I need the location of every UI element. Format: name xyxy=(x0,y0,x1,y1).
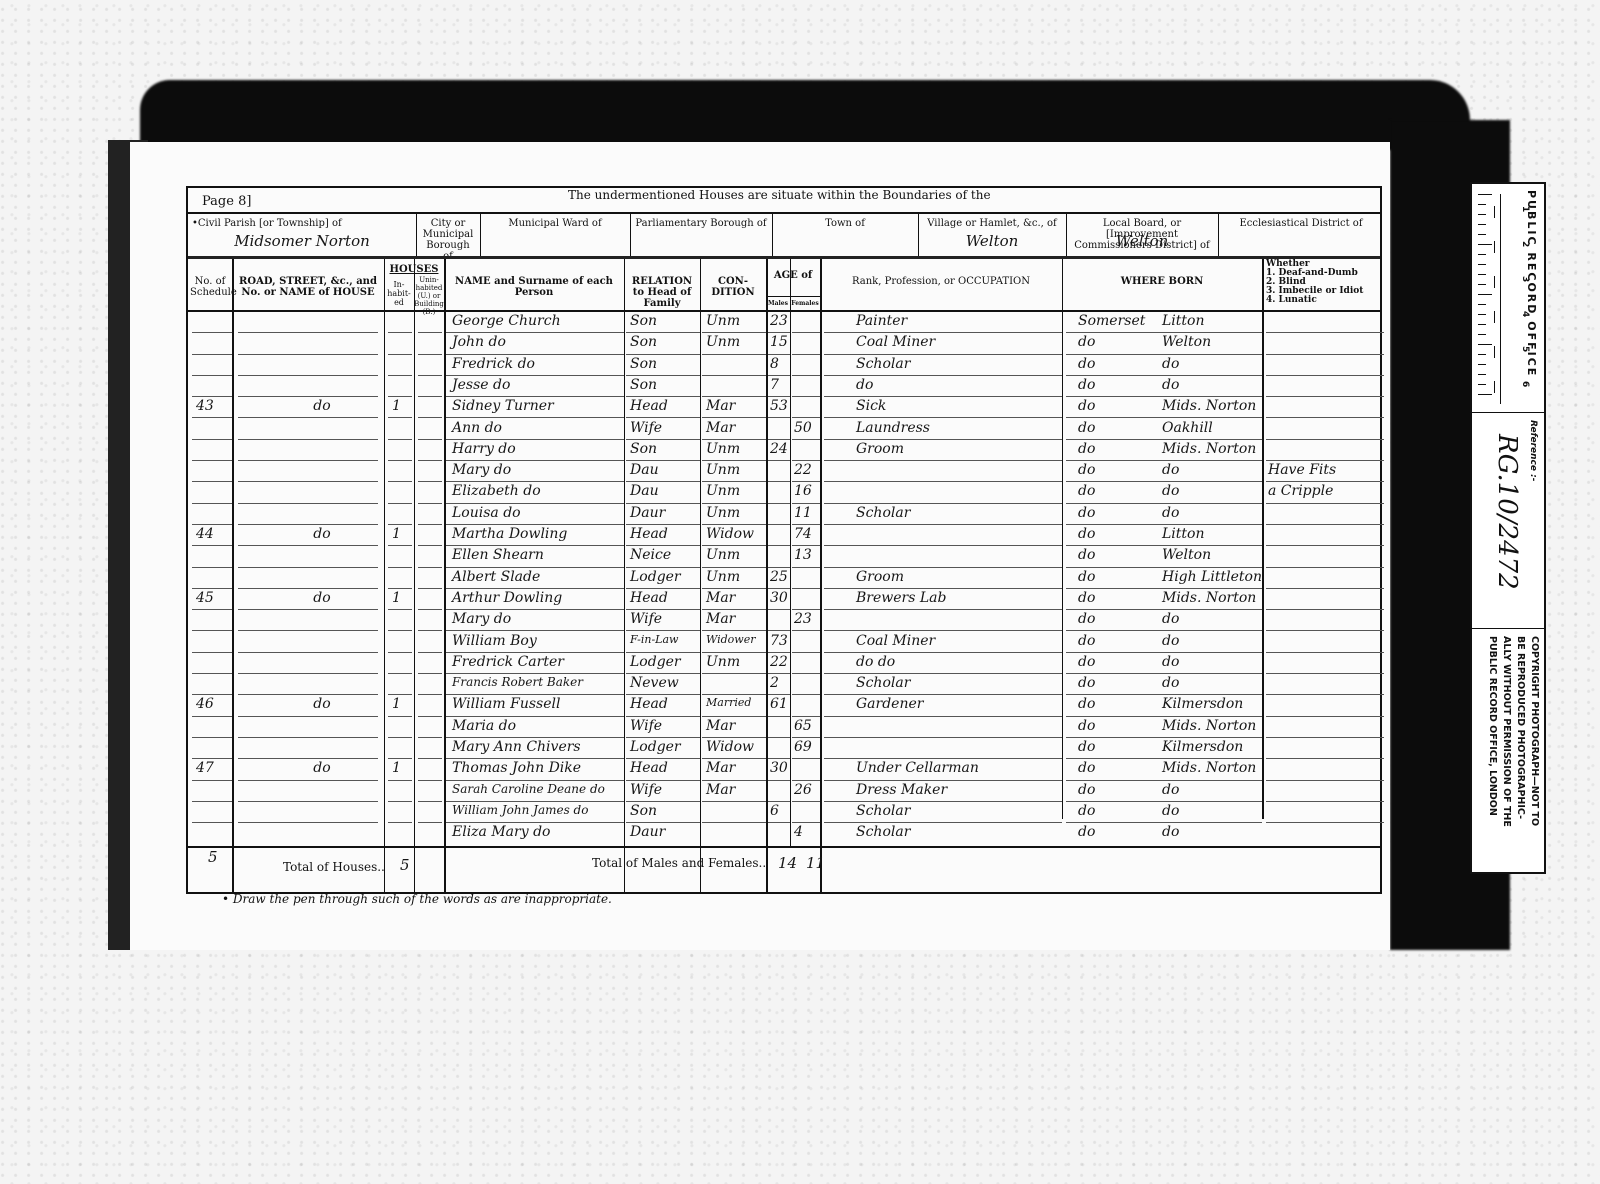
cell-name: Albert Slade xyxy=(452,569,632,585)
stamp-reference-label: Reference :- xyxy=(1528,420,1538,481)
cell-name: Francis Robert Baker xyxy=(452,675,632,689)
scale-tick xyxy=(1478,394,1492,395)
cell-male-age: 6 xyxy=(770,803,792,819)
cell-born-county: do xyxy=(1078,483,1138,499)
cell-occupation: Sick xyxy=(856,398,1056,414)
table-row: Fredrick doSon8Scholardodo xyxy=(188,355,1384,376)
table-row: Mary doDauUnm22dodoHave Fits xyxy=(188,461,1384,482)
cell-male-age: 53 xyxy=(770,398,792,414)
cell-schedule: 44 xyxy=(196,526,232,542)
cell-male-age: 73 xyxy=(770,633,792,649)
cell-condition: Mar xyxy=(706,782,772,798)
cell-born-place: Mids. Norton xyxy=(1162,441,1262,457)
col-condition: CON-DITION xyxy=(702,276,764,298)
cell-relation: Daur xyxy=(630,824,706,840)
cell-name: Thomas John Dike xyxy=(452,760,632,776)
cell-born-place: Oakhill xyxy=(1162,420,1262,436)
col-males: Males xyxy=(766,298,790,309)
age-divider xyxy=(766,296,820,297)
cell-name: William Fussell xyxy=(452,696,632,712)
scale-tick xyxy=(1478,364,1486,365)
cell-born-place: do xyxy=(1162,654,1262,670)
scale-tick xyxy=(1478,304,1486,305)
cell-road: do xyxy=(272,696,372,712)
cell-born-place: High Littleton xyxy=(1162,569,1262,585)
table-row: 45do1Arthur DowlingHeadMar30Brewers Labd… xyxy=(188,589,1384,610)
cell-occupation: Gardener xyxy=(856,696,1056,712)
cell-born-place: do xyxy=(1162,675,1262,691)
cell-born-place: do xyxy=(1162,824,1262,840)
cell-schedule: 43 xyxy=(196,398,232,414)
col-occupation: Rank, Profession, or OCCUPATION xyxy=(822,276,1060,287)
cell-occupation: Scholar xyxy=(856,824,1056,840)
cell-relation: Neice xyxy=(630,547,706,563)
cell-relation: Daur xyxy=(630,505,706,521)
boundary-value: Welton xyxy=(1066,232,1218,250)
cell-name: Ellen Shearn xyxy=(452,547,632,563)
cell-male-age: 22 xyxy=(770,654,792,670)
cell-male-age: 2 xyxy=(770,675,792,691)
table-row: William BoyF-in-LawWidower73Coal Minerdo… xyxy=(188,632,1384,653)
cell-condition: Mar xyxy=(706,611,772,627)
cell-born-county: do xyxy=(1078,803,1138,819)
cell-born-county: do xyxy=(1078,782,1138,798)
cell-born-county: do xyxy=(1078,654,1138,670)
scale-number: 4 xyxy=(1494,311,1530,323)
col-inhabited: In-habit-ed xyxy=(384,280,414,307)
cell-name: Mary do xyxy=(452,611,632,627)
total-schedules: 5 xyxy=(208,848,218,866)
cell-born-place: Mids. Norton xyxy=(1162,718,1262,734)
cell-occupation: Coal Miner xyxy=(856,633,1056,649)
cell-relation: F-in-Law xyxy=(630,633,706,646)
cell-name: William John James do xyxy=(452,803,632,817)
cell-road: do xyxy=(272,760,372,776)
total-females: 11 xyxy=(806,854,825,872)
scale-tick xyxy=(1478,214,1486,215)
scale-tick xyxy=(1478,324,1486,325)
cell-name: Elizabeth do xyxy=(452,483,632,499)
cell-born-place: Kilmersdon xyxy=(1162,739,1262,755)
cell-condition: Mar xyxy=(706,760,772,776)
cell-male-age: 8 xyxy=(770,356,792,372)
cell-female-age: 26 xyxy=(794,782,820,798)
scale-tick xyxy=(1478,244,1492,245)
cell-female-age: 23 xyxy=(794,611,820,627)
cell-condition: Unm xyxy=(706,547,772,563)
cell-condition: Mar xyxy=(706,718,772,734)
cell-born-county: do xyxy=(1078,824,1138,840)
scale-tick xyxy=(1478,354,1486,355)
cell-relation: Son xyxy=(630,334,706,350)
boundary-label: Town of xyxy=(776,218,914,229)
cell-relation: Wife xyxy=(630,611,706,627)
cell-schedule: 46 xyxy=(196,696,232,712)
boundary-divider xyxy=(480,214,481,256)
cell-born-place: Mids. Norton xyxy=(1162,760,1262,776)
cell-born-county: do xyxy=(1078,462,1138,478)
cell-name: Sarah Caroline Deane do xyxy=(452,782,632,796)
table-row: 47do1Thomas John DikeHeadMar30Under Cell… xyxy=(188,759,1384,780)
scale-number: 2 xyxy=(1494,241,1530,253)
cell-name: Martha Dowling xyxy=(452,526,632,542)
cell-occupation: Scholar xyxy=(856,356,1056,372)
cell-female-age: 65 xyxy=(794,718,820,734)
copyright-line: PUBLIC RECORD OFFICE, LONDON xyxy=(1487,636,1498,816)
cell-occupation: do do xyxy=(856,654,1056,670)
cell-born-place: Mids. Norton xyxy=(1162,398,1262,414)
boundary-label: Parliamentary Borough of xyxy=(634,218,768,229)
cell-born-place: do xyxy=(1162,483,1262,499)
cell-inhabited: 1 xyxy=(392,398,412,414)
table-row: Ellen ShearnNeiceUnm13doWelton xyxy=(188,546,1384,567)
cell-name: Jesse do xyxy=(452,377,632,393)
record-office-stamp: PUBLIC RECORD OFFICE 123456 Reference :-… xyxy=(1470,182,1546,874)
col-females: Females xyxy=(790,298,820,309)
cell-relation: Head xyxy=(630,696,706,712)
cell-relation: Head xyxy=(630,398,706,414)
census-form: Page 8] The undermentioned Houses are si… xyxy=(186,186,1382,894)
boundary-label: Municipal Ward of xyxy=(484,218,626,229)
scale-tick xyxy=(1478,234,1486,235)
cell-name: Mary Ann Chivers xyxy=(452,739,632,755)
table-row: Louisa doDaurUnm11Scholardodo xyxy=(188,504,1384,525)
cell-male-age: 30 xyxy=(770,590,792,606)
cell-condition: Widow xyxy=(706,526,772,542)
footnote: • Draw the pen through such of the words… xyxy=(222,892,612,906)
cell-born-county: do xyxy=(1078,356,1138,372)
cell-name: Eliza Mary do xyxy=(452,824,632,840)
cell-inhabited: 1 xyxy=(392,526,412,542)
cell-relation: Wife xyxy=(630,718,706,734)
cell-born-county: Somerset xyxy=(1078,313,1138,329)
cell-occupation: Brewers Lab xyxy=(856,590,1056,606)
cell-name: George Church xyxy=(452,313,632,329)
cell-born-place: do xyxy=(1162,462,1262,478)
cell-female-age: 13 xyxy=(794,547,820,563)
col-name: NAME and Surname of each Person xyxy=(446,276,622,298)
cell-born-place: do xyxy=(1162,803,1262,819)
cell-name: Harry do xyxy=(452,441,632,457)
cell-relation: Son xyxy=(630,377,706,393)
cell-born-place: Welton xyxy=(1162,334,1262,350)
cell-born-place: do xyxy=(1162,782,1262,798)
cell-condition: Unm xyxy=(706,441,772,457)
stamp-scale: 123456 xyxy=(1478,194,1518,404)
page-number: 8] xyxy=(238,194,251,209)
cell-schedule: 47 xyxy=(196,760,232,776)
cell-female-age: 50 xyxy=(794,420,820,436)
cell-relation: Son xyxy=(630,803,706,819)
cell-condition: Mar xyxy=(706,590,772,606)
cell-occupation: Dress Maker xyxy=(856,782,1056,798)
cell-born-county: do xyxy=(1078,377,1138,393)
boundary-label: •Civil Parish [or Township] of xyxy=(192,218,412,229)
cell-female-age: 69 xyxy=(794,739,820,755)
scale-tick xyxy=(1478,194,1492,195)
table-row: Ann doWifeMar50LaundressdoOakhill xyxy=(188,419,1384,440)
total-persons-label: Total of Males and Females.. xyxy=(592,856,766,870)
table-row: Mary doWifeMar23dodo xyxy=(188,610,1384,631)
scale-divider xyxy=(1500,194,1501,404)
table-row: Sarah Caroline Deane doWifeMar26Dress Ma… xyxy=(188,781,1384,802)
scale-tick xyxy=(1478,204,1486,205)
total-males: 14 xyxy=(778,854,797,872)
cell-occupation: Laundress xyxy=(856,420,1056,436)
page-label: Page 8] xyxy=(202,194,251,209)
col-road: ROAD, STREET, &c., and No. or NAME of HO… xyxy=(234,276,382,298)
cell-relation: Lodger xyxy=(630,739,706,755)
cell-road: do xyxy=(272,590,372,606)
cell-name: Mary do xyxy=(452,462,632,478)
cell-occupation: Scholar xyxy=(856,505,1056,521)
scale-tick xyxy=(1478,344,1492,345)
col-where-born: WHERE BORN xyxy=(1064,276,1260,287)
cell-born-place: Kilmersdon xyxy=(1162,696,1262,712)
scale-tick xyxy=(1478,224,1486,225)
cell-occupation: Coal Miner xyxy=(856,334,1056,350)
cell-born-county: do xyxy=(1078,696,1138,712)
cell-infirmity: a Cripple xyxy=(1268,483,1378,499)
table-row: Mary Ann ChiversLodgerWidow69doKilmersdo… xyxy=(188,738,1384,759)
scale-tick xyxy=(1478,334,1486,335)
copyright-line: BE REPRODUCED PHOTOGRAPHIC- xyxy=(1515,636,1526,819)
cell-relation: Head xyxy=(630,590,706,606)
table-row: Eliza Mary doDaur4Scholardodo xyxy=(188,823,1384,844)
cell-born-place: Mids. Norton xyxy=(1162,590,1262,606)
boundary-divider xyxy=(630,214,631,256)
cell-male-age: 23 xyxy=(770,313,792,329)
copyright-line: ALLY WITHOUT PERMISSION OF THE xyxy=(1501,636,1512,827)
cell-condition: Unm xyxy=(706,569,772,585)
boundary-value: Welton xyxy=(918,232,1066,250)
table-row: George ChurchSonUnm23PainterSomersetLitt… xyxy=(188,312,1384,333)
cell-inhabited: 1 xyxy=(392,696,412,712)
cell-born-place: do xyxy=(1162,633,1262,649)
cell-relation: Wife xyxy=(630,420,706,436)
copyright-line: COPYRIGHT PHOTOGRAPH—NOT TO xyxy=(1529,636,1540,826)
cell-relation: Lodger xyxy=(630,569,706,585)
cell-born-county: do xyxy=(1078,441,1138,457)
cell-born-county: do xyxy=(1078,760,1138,776)
scale-tick xyxy=(1478,374,1486,375)
cell-occupation: do xyxy=(856,377,1056,393)
page-label-text: Page xyxy=(202,194,234,209)
boundary-label: Village or Hamlet, &c., of xyxy=(922,218,1062,229)
cell-condition: Unm xyxy=(706,505,772,521)
cell-name: William Boy xyxy=(452,633,632,649)
cell-condition: Unm xyxy=(706,654,772,670)
boundary-label: Ecclesiastical District of xyxy=(1222,218,1380,229)
total-houses-label: Total of Houses.. xyxy=(283,860,385,874)
boundary-divider xyxy=(918,214,919,256)
cell-born-county: do xyxy=(1078,718,1138,734)
cell-male-age: 7 xyxy=(770,377,792,393)
cell-occupation: Groom xyxy=(856,569,1056,585)
cell-condition: Widower xyxy=(706,633,772,646)
scale-tick xyxy=(1478,294,1492,295)
cell-condition: Widow xyxy=(706,739,772,755)
cell-condition: Married xyxy=(706,696,772,709)
col-whether: Whether 1. Deaf-and-Dumb 2. Blind 3. Imb… xyxy=(1266,260,1384,305)
boundary-divider xyxy=(1218,214,1219,256)
cell-occupation: Groom xyxy=(856,441,1056,457)
cell-born-county: do xyxy=(1078,505,1138,521)
cell-condition: Mar xyxy=(706,398,772,414)
cell-name: Fredrick Carter xyxy=(452,654,632,670)
cell-name: Sidney Turner xyxy=(452,398,632,414)
cell-occupation: Scholar xyxy=(856,675,1056,691)
table-row: Francis Robert BakerNevew2Scholardodo xyxy=(188,674,1384,695)
cell-relation: Wife xyxy=(630,782,706,798)
cell-relation: Dau xyxy=(630,483,706,499)
cell-condition: Unm xyxy=(706,483,772,499)
cell-relation: Son xyxy=(630,441,706,457)
cell-born-place: Litton xyxy=(1162,526,1262,542)
table-row: Fredrick CarterLodgerUnm22do dododo xyxy=(188,653,1384,674)
cell-name: Louisa do xyxy=(452,505,632,521)
cell-born-county: do xyxy=(1078,611,1138,627)
col-schedule: No. of Schedule xyxy=(190,276,230,298)
cell-occupation: Scholar xyxy=(856,803,1056,819)
cell-schedule: 45 xyxy=(196,590,232,606)
cell-born-county: do xyxy=(1078,590,1138,606)
cell-relation: Son xyxy=(630,356,706,372)
cell-male-age: 15 xyxy=(770,334,792,350)
table-row: Harry doSonUnm24GroomdoMids. Norton xyxy=(188,440,1384,461)
scale-tick xyxy=(1478,314,1486,315)
cell-relation: Lodger xyxy=(630,654,706,670)
cell-born-place: do xyxy=(1162,611,1262,627)
stamp-reference-value: RG.10/2472 xyxy=(1492,434,1522,590)
scale-number: 6 xyxy=(1494,381,1530,393)
cell-born-county: do xyxy=(1078,547,1138,563)
scale-number: 5 xyxy=(1494,346,1530,358)
scale-tick xyxy=(1478,384,1486,385)
cell-male-age: 24 xyxy=(770,441,792,457)
cell-name: Maria do xyxy=(452,718,632,734)
boundary-divider xyxy=(772,214,773,256)
cell-male-age: 61 xyxy=(770,696,792,712)
cell-born-place: do xyxy=(1162,377,1262,393)
cell-road: do xyxy=(272,398,372,414)
total-houses-value: 5 xyxy=(400,856,410,874)
cell-relation: Son xyxy=(630,313,706,329)
table-row: 44do1Martha DowlingHeadWidow74doLitton xyxy=(188,525,1384,546)
cell-female-age: 74 xyxy=(794,526,820,542)
cell-name: Arthur Dowling xyxy=(452,590,632,606)
cell-born-place: Welton xyxy=(1162,547,1262,563)
table-row: 43do1Sidney TurnerHeadMar53SickdoMids. N… xyxy=(188,397,1384,418)
table-row: Jesse doSon7dododo xyxy=(188,376,1384,397)
cell-condition: Unm xyxy=(706,462,772,478)
cell-female-age: 22 xyxy=(794,462,820,478)
cell-male-age: 25 xyxy=(770,569,792,585)
cell-relation: Nevew xyxy=(630,675,706,691)
cell-born-county: do xyxy=(1078,569,1138,585)
scale-tick xyxy=(1478,264,1486,265)
cell-male-age: 30 xyxy=(770,760,792,776)
scale-tick xyxy=(1478,284,1486,285)
cell-name: Fredrick do xyxy=(452,356,632,372)
cell-occupation: Under Cellarman xyxy=(856,760,1056,776)
boundary-value: Midsomer Norton xyxy=(188,232,416,250)
scan-shadow-top xyxy=(140,80,1470,150)
cell-occupation: Painter xyxy=(856,313,1056,329)
cell-born-county: do xyxy=(1078,739,1138,755)
scale-tick xyxy=(1478,254,1486,255)
cell-born-county: do xyxy=(1078,675,1138,691)
scale-tick xyxy=(1478,274,1486,275)
cell-relation: Dau xyxy=(630,462,706,478)
boundary-divider xyxy=(416,214,417,256)
cell-condition: Unm xyxy=(706,313,772,329)
cell-born-county: do xyxy=(1078,633,1138,649)
boundary-divider xyxy=(1066,214,1067,256)
cell-born-county: do xyxy=(1078,398,1138,414)
cell-born-county: do xyxy=(1078,334,1138,350)
cell-female-age: 16 xyxy=(794,483,820,499)
cell-female-age: 4 xyxy=(794,824,820,840)
table-row: William John James doSon6Scholardodo xyxy=(188,802,1384,823)
table-row: John doSonUnm15Coal MinerdoWelton xyxy=(188,333,1384,354)
cell-born-place: Litton xyxy=(1162,313,1262,329)
table-row: 46do1William FussellHeadMarried61Gardene… xyxy=(188,695,1384,716)
cell-road: do xyxy=(272,526,372,542)
table-row: Maria doWifeMar65doMids. Norton xyxy=(188,717,1384,738)
cell-inhabited: 1 xyxy=(392,760,412,776)
scale-number: 3 xyxy=(1494,276,1530,288)
cell-relation: Head xyxy=(630,526,706,542)
col-relation: RELATION to Head of Family xyxy=(626,276,698,309)
cell-born-place: do xyxy=(1162,356,1262,372)
table-row: Elizabeth doDauUnm16dodoa Cripple xyxy=(188,482,1384,503)
scale-number: 1 xyxy=(1494,206,1530,218)
table-row: Albert SladeLodgerUnm25GroomdoHigh Littl… xyxy=(188,568,1384,589)
cell-relation: Head xyxy=(630,760,706,776)
cell-infirmity: Have Fits xyxy=(1268,462,1378,478)
cell-female-age: 11 xyxy=(794,505,820,521)
cell-name: Ann do xyxy=(452,420,632,436)
cell-name: John do xyxy=(452,334,632,350)
col-age: AGE of xyxy=(766,270,820,281)
cell-inhabited: 1 xyxy=(392,590,412,606)
boundaries-title: The undermentioned Houses are situate wi… xyxy=(568,188,991,202)
cell-condition: Unm xyxy=(706,334,772,350)
cell-condition: Mar xyxy=(706,420,772,436)
cell-born-place: do xyxy=(1162,505,1262,521)
cell-born-county: do xyxy=(1078,420,1138,436)
cell-born-county: do xyxy=(1078,526,1138,542)
